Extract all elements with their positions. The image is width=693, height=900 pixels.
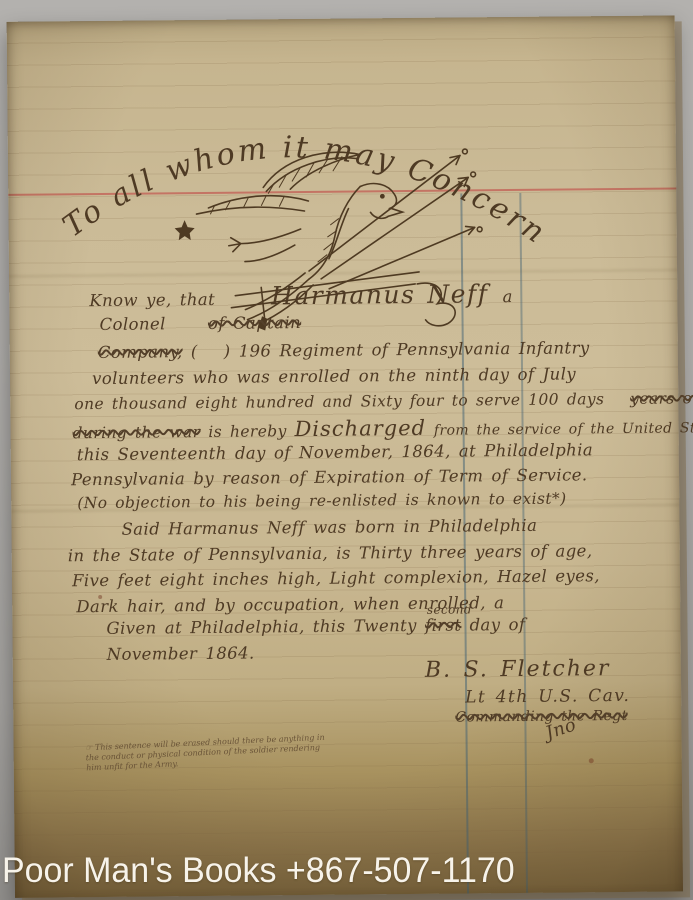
line-november: November 1864. [107,644,255,664]
is-hereby: is hereby [208,422,287,441]
line-serve-days: one thousand eight hundred and Sixty fou… [74,389,693,413]
line-reason: Pennsylvania by reason of Expiration of … [71,465,588,489]
document-paper: To all whom it may Concern [7,15,683,897]
document-title-arc: To all whom it may Concern [56,128,554,257]
line-description: Five feet eight inches high, Light compl… [72,566,600,590]
given-prefix: Given at Philadelphia, this Twenty [106,616,417,638]
signature-title: Lt 4th U.S. Cav. [465,686,630,708]
rank-struck: of Captain [208,313,301,333]
signature-name: B. S. Fletcher [425,656,611,683]
photograph-background: To all whom it may Concern [0,0,693,900]
paren-open: ( [191,342,198,361]
ink-stain [589,758,594,763]
serve-days-struck: years or [630,389,693,408]
serve-days-text: one thousand eight hundred and Sixty fou… [74,390,604,413]
given-suffix: day of [469,615,525,635]
watermark-text: Poor Man's Books +867-507-1170 [2,851,515,891]
discharged-tail: from the service of the United States, [434,420,693,439]
line-know-ye: Know ye, thatHarmanus Neffa [89,279,513,312]
line-given-at: Given at Philadelphia, this Twenty secon… [106,615,525,638]
line-state-age: in the State of Pennsylvania, is Thirty … [68,541,593,565]
line-know-ye-suffix: a [502,287,512,306]
during-war-struck: during the war [73,423,201,442]
line-enrolled: volunteers who was enrolled on the ninth… [92,364,576,388]
line-regiment: Company, () 196 Regiment of Pennsylvania… [98,338,590,362]
rank-word: Colonel [99,314,165,334]
signature-struck: Commanding the Regt [455,708,627,726]
line-date-place: this Seventeenth day of November, 1864, … [77,440,593,464]
line-rank: Colonel of Captain [99,313,301,334]
paren-close: ) [224,342,231,361]
inserted-word: second [427,602,472,616]
discharged-word: Discharged [294,416,426,441]
soldier-name: Harmanus Neff [271,279,489,310]
regiment-text: 196 Regiment of Pennsylvania Infantry [239,338,590,360]
line-born: Said Harmanus Neff was born in Philadelp… [121,516,537,539]
company-struck: Company, [98,342,183,362]
line-know-ye-prefix: Know ye, that [89,290,215,310]
struck-word: first [425,616,462,635]
footnote-text: ☞ This sentence will be erased should th… [85,733,328,774]
line-discharged: during the war is hereby Discharged from… [72,413,693,443]
corrected-day: second first [425,616,462,635]
line-no-objection: (No objection to his being re-enlisted i… [77,490,566,513]
